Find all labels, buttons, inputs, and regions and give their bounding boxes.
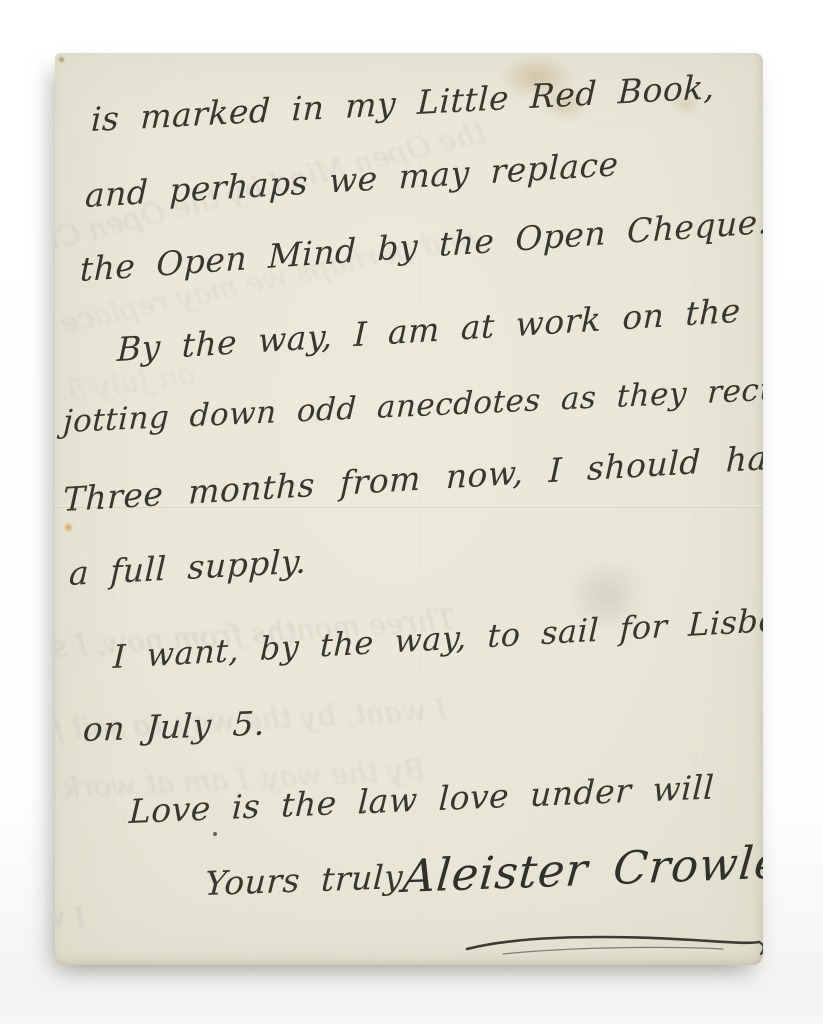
ink-speck <box>64 523 73 532</box>
letter-page: the Open Mind by the Open Cheque. and pe… <box>55 53 763 965</box>
signature-underline <box>463 929 763 959</box>
ink-speck <box>58 56 65 63</box>
ink-speck <box>213 832 217 836</box>
signature: Aleister Crowley <box>401 835 763 903</box>
letter-line-4: By the way, I am at work on the book, <box>117 284 763 369</box>
letter-line-2: and perhaps we may replace <box>84 145 619 215</box>
ink-bleed-through: I want, by the way, to sail for Lisbon <box>55 888 85 932</box>
photo-background: the Open Mind by the Open Cheque. and pe… <box>0 0 823 1024</box>
letter-closing-yours-truly: Yours truly <box>204 858 404 903</box>
letter-line-1: is marked in my Little Red Book, <box>90 68 715 139</box>
letter-line-5: jotting down odd anecdotes as they recur… <box>62 371 763 440</box>
letter-line-9: on July 5. <box>82 705 266 749</box>
letter-closing-valediction: Love is the law love under will <box>128 768 715 831</box>
letter-line-8: I want, by the way, to sail for Lisbon <box>112 601 763 676</box>
letter-line-7: a full supply. <box>68 542 307 593</box>
letter-line-3: the Open Mind by the Open Cheque. <box>80 203 763 289</box>
